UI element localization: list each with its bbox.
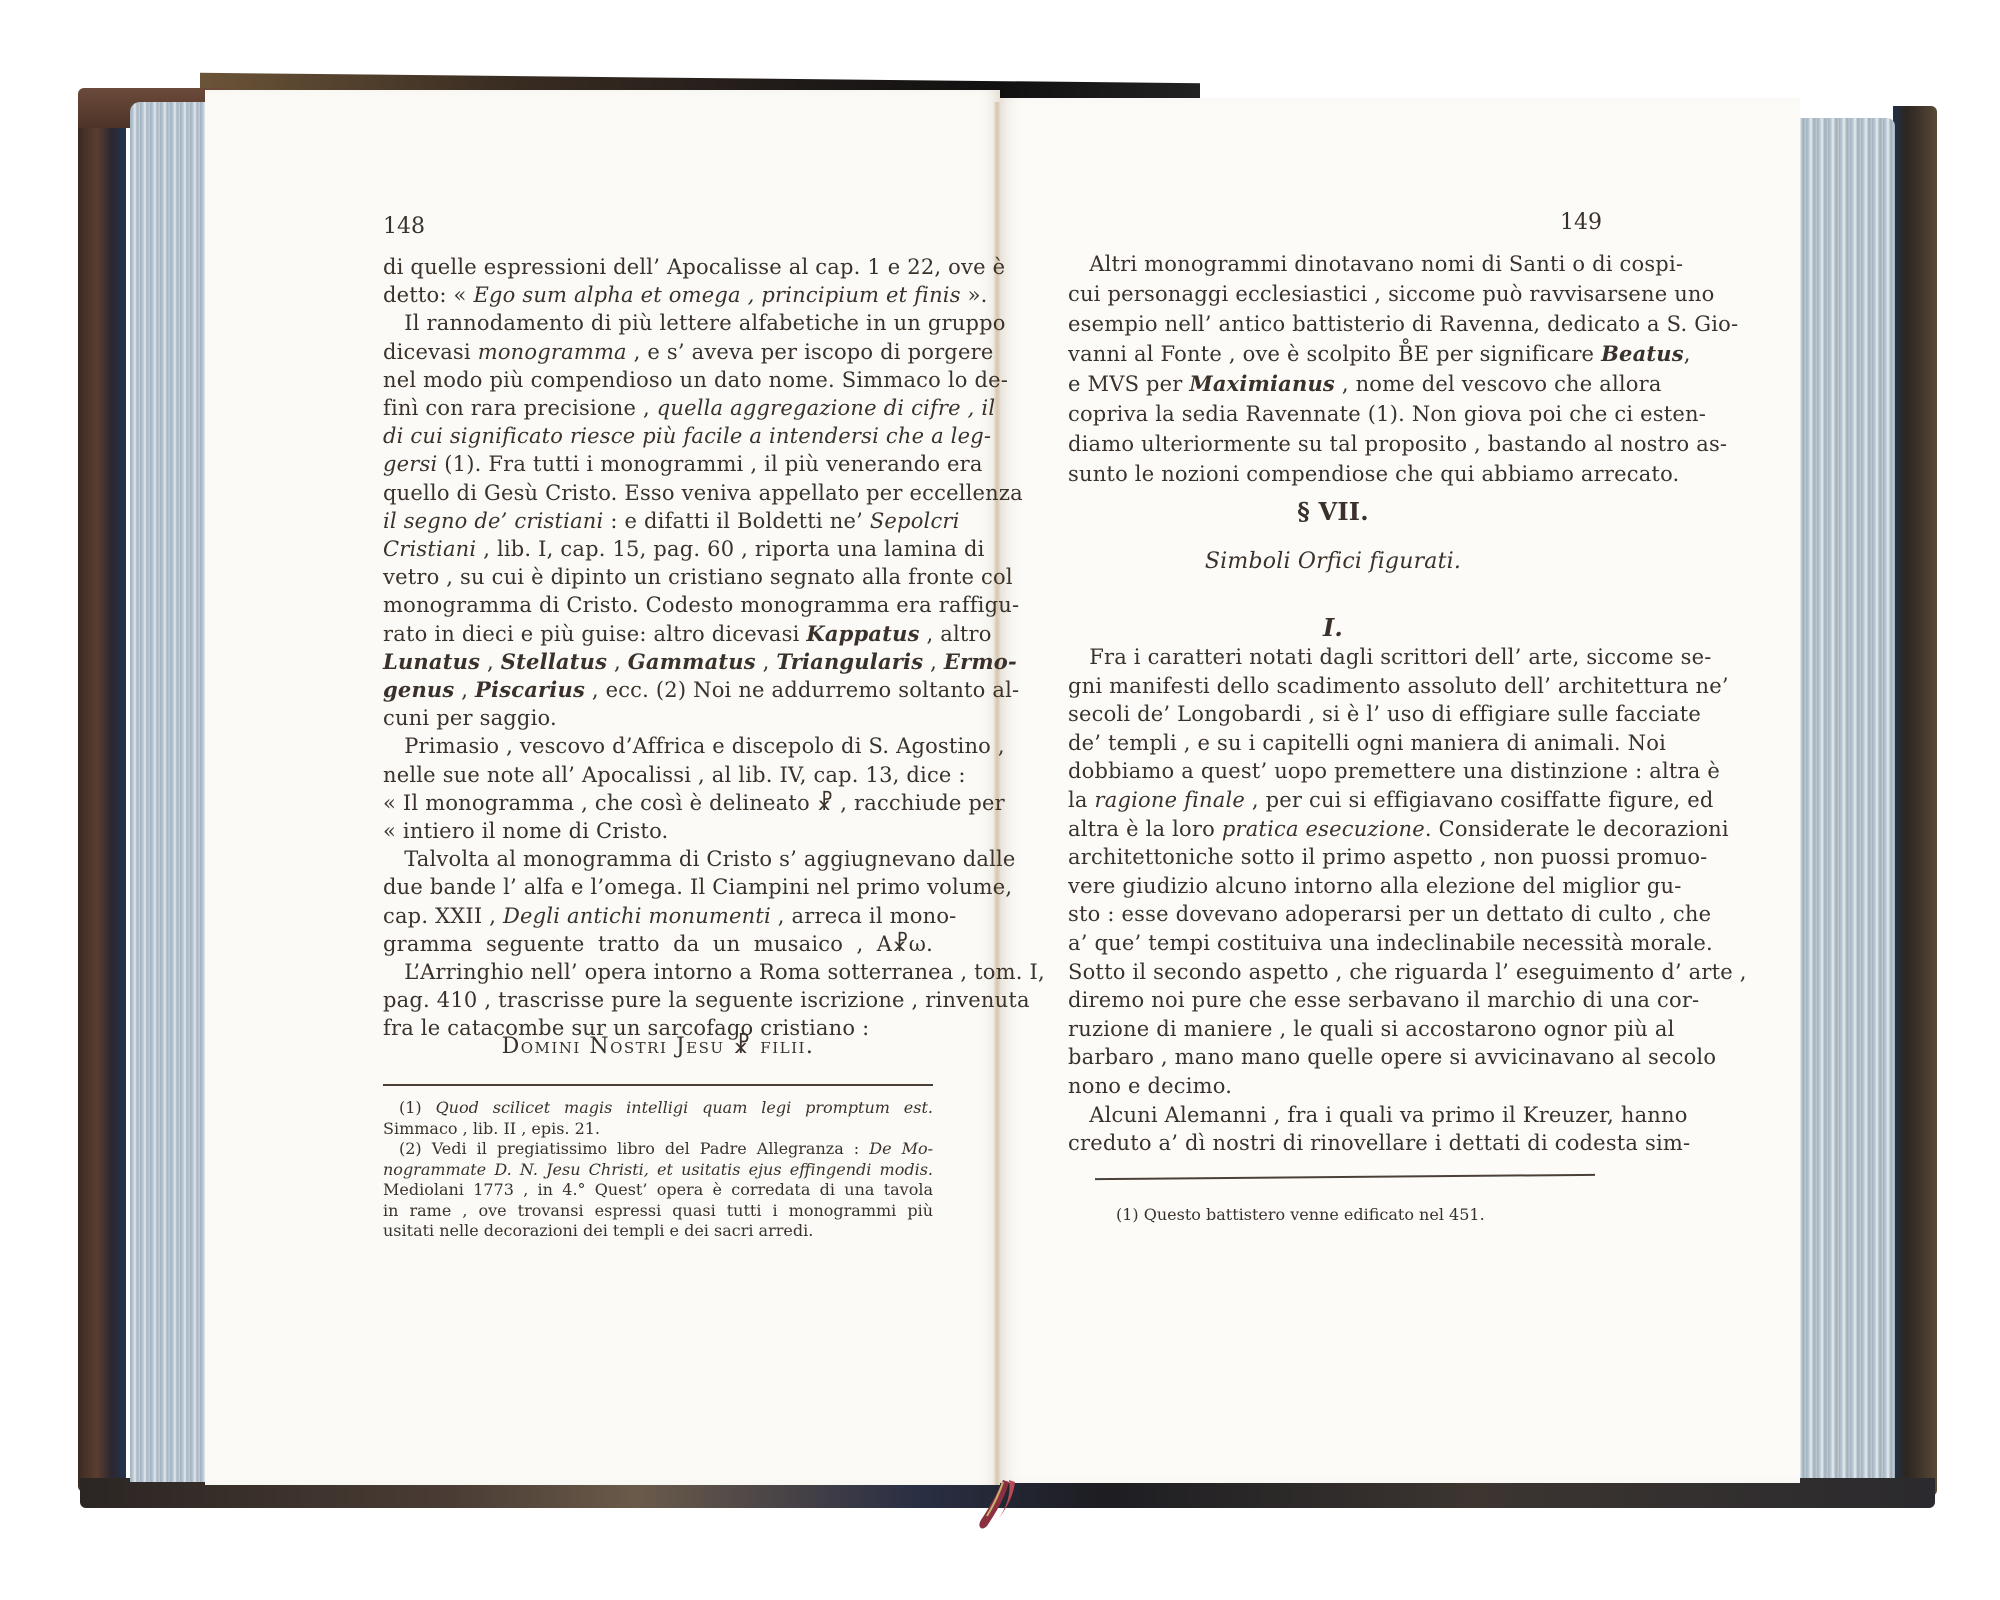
text-line: Sotto il secondo aspetto , che riguarda … (1068, 958, 1598, 986)
open-book: 148 di quelle espressioni dell’ Apocalis… (0, 0, 2000, 1600)
text-line: Fra i caratteri notati dagli scrittori d… (1068, 643, 1598, 671)
footnote-line: in rame , ove trovansi espressi quasi tu… (383, 1201, 933, 1220)
text-line: sto : esse dovevano adoperarsi per un de… (1068, 900, 1598, 928)
text-line: la ragione finale , per cui si effigiava… (1068, 786, 1598, 814)
text-line: nono e decimo. (1068, 1072, 1598, 1100)
text-line: nel modo più compendioso un dato nome. S… (383, 366, 933, 394)
page-number-left: 148 (383, 214, 425, 239)
section-title: Simboli Orfici figurati. (1068, 548, 1598, 576)
text-line: a’ que’ tempi costituiva una indeclinabi… (1068, 929, 1598, 957)
text-line: cui personaggi ecclesiastici , siccome p… (1068, 280, 1598, 308)
text-line: barbaro , mano mano quelle opere si avvi… (1068, 1043, 1598, 1071)
text-line: gersi (1). Fra tutti i monogrammi , il p… (383, 450, 933, 478)
text-line: pag. 410 , trascrisse pure la seguente i… (383, 986, 933, 1014)
footnote-line: (2) Vedi il pregiatissimo libro del Padr… (383, 1139, 933, 1158)
text-line: Talvolta al monogramma di Cristo s’ aggi… (383, 845, 933, 873)
text-line: secoli de’ Longobardi , si è l’ uso di e… (1068, 700, 1598, 728)
text-line: finì con rara precisione , quella aggreg… (383, 394, 933, 422)
text-line: due bande l’ alfa e l’omega. Il Ciampini… (383, 873, 933, 901)
inscription: Domini Nostri Jesu ☧ filii. (383, 1033, 933, 1061)
text-line: e MVS per Maximianus , nome del vescovo … (1068, 370, 1598, 398)
text-line: genus , Piscarius , ecc. (2) Noi ne addu… (383, 676, 933, 704)
footnote-line: Mediolani 1773 , in 4.° Quest’ opera è c… (383, 1180, 933, 1199)
text-line: L’Arringhio nell’ opera intorno a Roma s… (383, 958, 933, 986)
text-line: esempio nell’ antico battisterio di Rave… (1068, 310, 1598, 338)
text-line: creduto a’ dì nostri di rinovellare i de… (1068, 1129, 1598, 1157)
text-line: Cristiani , lib. I, cap. 15, pag. 60 , r… (383, 535, 933, 563)
text-line: detto: « Ego sum alpha et omega , princi… (383, 281, 933, 309)
text-line: dicevasi monogramma , e s’ aveva per isc… (383, 338, 933, 366)
right-cover-edge (1893, 106, 1937, 1496)
text-line: quello di Gesù Cristo. Esso veniva appel… (383, 479, 933, 507)
footnote-line: nogrammate D. N. Jesu Christi, et usitat… (383, 1160, 933, 1179)
text-line: « Il monogramma , che così è delineato ☧… (383, 789, 933, 817)
text-line: Alcuni Alemanni , fra i quali va primo i… (1068, 1101, 1598, 1129)
text-line: copriva la sedia Ravennate (1). Non giov… (1068, 400, 1598, 428)
left-cover-edge (78, 92, 126, 1492)
text-line: Lunatus , Stellatus , Gammatus , Triangu… (383, 648, 933, 676)
text-line: il segno de’ cristiani : e difatti il Bo… (383, 507, 933, 535)
footnote-rule-left (383, 1084, 933, 1086)
footnote-line: usitati nelle decorazioni dei templi e d… (383, 1221, 933, 1240)
text-line: diremo noi pure che esse serbavano il ma… (1068, 986, 1598, 1014)
text-line: cap. XXII , Degli antichi monumenti , ar… (383, 902, 933, 930)
text-line: Il rannodamento di più lettere alfabetic… (383, 309, 933, 337)
section-number: § VII. (1068, 498, 1598, 526)
text-line: sunto le nozioni compendiose che qui abb… (1068, 460, 1598, 488)
text-line: gramma seguente tratto da un musaico , Α… (383, 930, 933, 958)
text-line: Altri monogrammi dinotavano nomi di Sant… (1068, 250, 1598, 278)
text-line: architettoniche sotto il primo aspetto ,… (1068, 843, 1598, 871)
text-line: ruzione di maniere , le quali si accosta… (1068, 1015, 1598, 1043)
page-number-right: 149 (1560, 210, 1602, 235)
text-line: Primasio , vescovo d’Affrica e discepolo… (383, 732, 933, 760)
text-line: vetro , su cui è dipinto un cristiano se… (383, 563, 933, 591)
text-line: monogramma di Cristo. Codesto monogramma… (383, 591, 933, 619)
text-line: vanni al Fonte , ove è scolpito B̊E per … (1068, 340, 1598, 368)
right-page-block (1795, 118, 1895, 1478)
text-line: dobbiamo a quest’ uopo premettere una di… (1068, 757, 1598, 785)
text-line: altra è la loro pratica esecuzione. Cons… (1068, 815, 1598, 843)
footnote-line: Simmaco , lib. II , epis. 21. (383, 1119, 933, 1138)
bookmark-ribbon-icon[interactable] (975, 1480, 1025, 1538)
text-line: « intiero il nome di Cristo. (383, 817, 933, 845)
footnote-line: (1) Quod scilicet magis intelligi quam l… (383, 1098, 933, 1117)
footnote-line: (1) Questo battistero venne edificato ne… (1100, 1205, 1500, 1224)
text-line: vere giudizio alcuno intorno alla elezio… (1068, 872, 1598, 900)
text-line: nelle sue note all’ Apocalissi , al lib.… (383, 761, 933, 789)
text-line: diamo ulteriormente su tal proposito , b… (1068, 430, 1598, 458)
text-line: gni manifesti dello scadimento assoluto … (1068, 672, 1598, 700)
text-line: di quelle espressioni dell’ Apocalisse a… (383, 253, 933, 281)
text-line: di cui significato riesce più facile a i… (383, 422, 933, 450)
text-line: de’ templi , e su i capitelli ogni manie… (1068, 729, 1598, 757)
left-page-block (130, 102, 210, 1482)
text-line: cuni per saggio. (383, 704, 933, 732)
text-line: rato in dieci e più guise: altro dicevas… (383, 620, 933, 648)
subsection-heading: I. (1068, 614, 1598, 642)
